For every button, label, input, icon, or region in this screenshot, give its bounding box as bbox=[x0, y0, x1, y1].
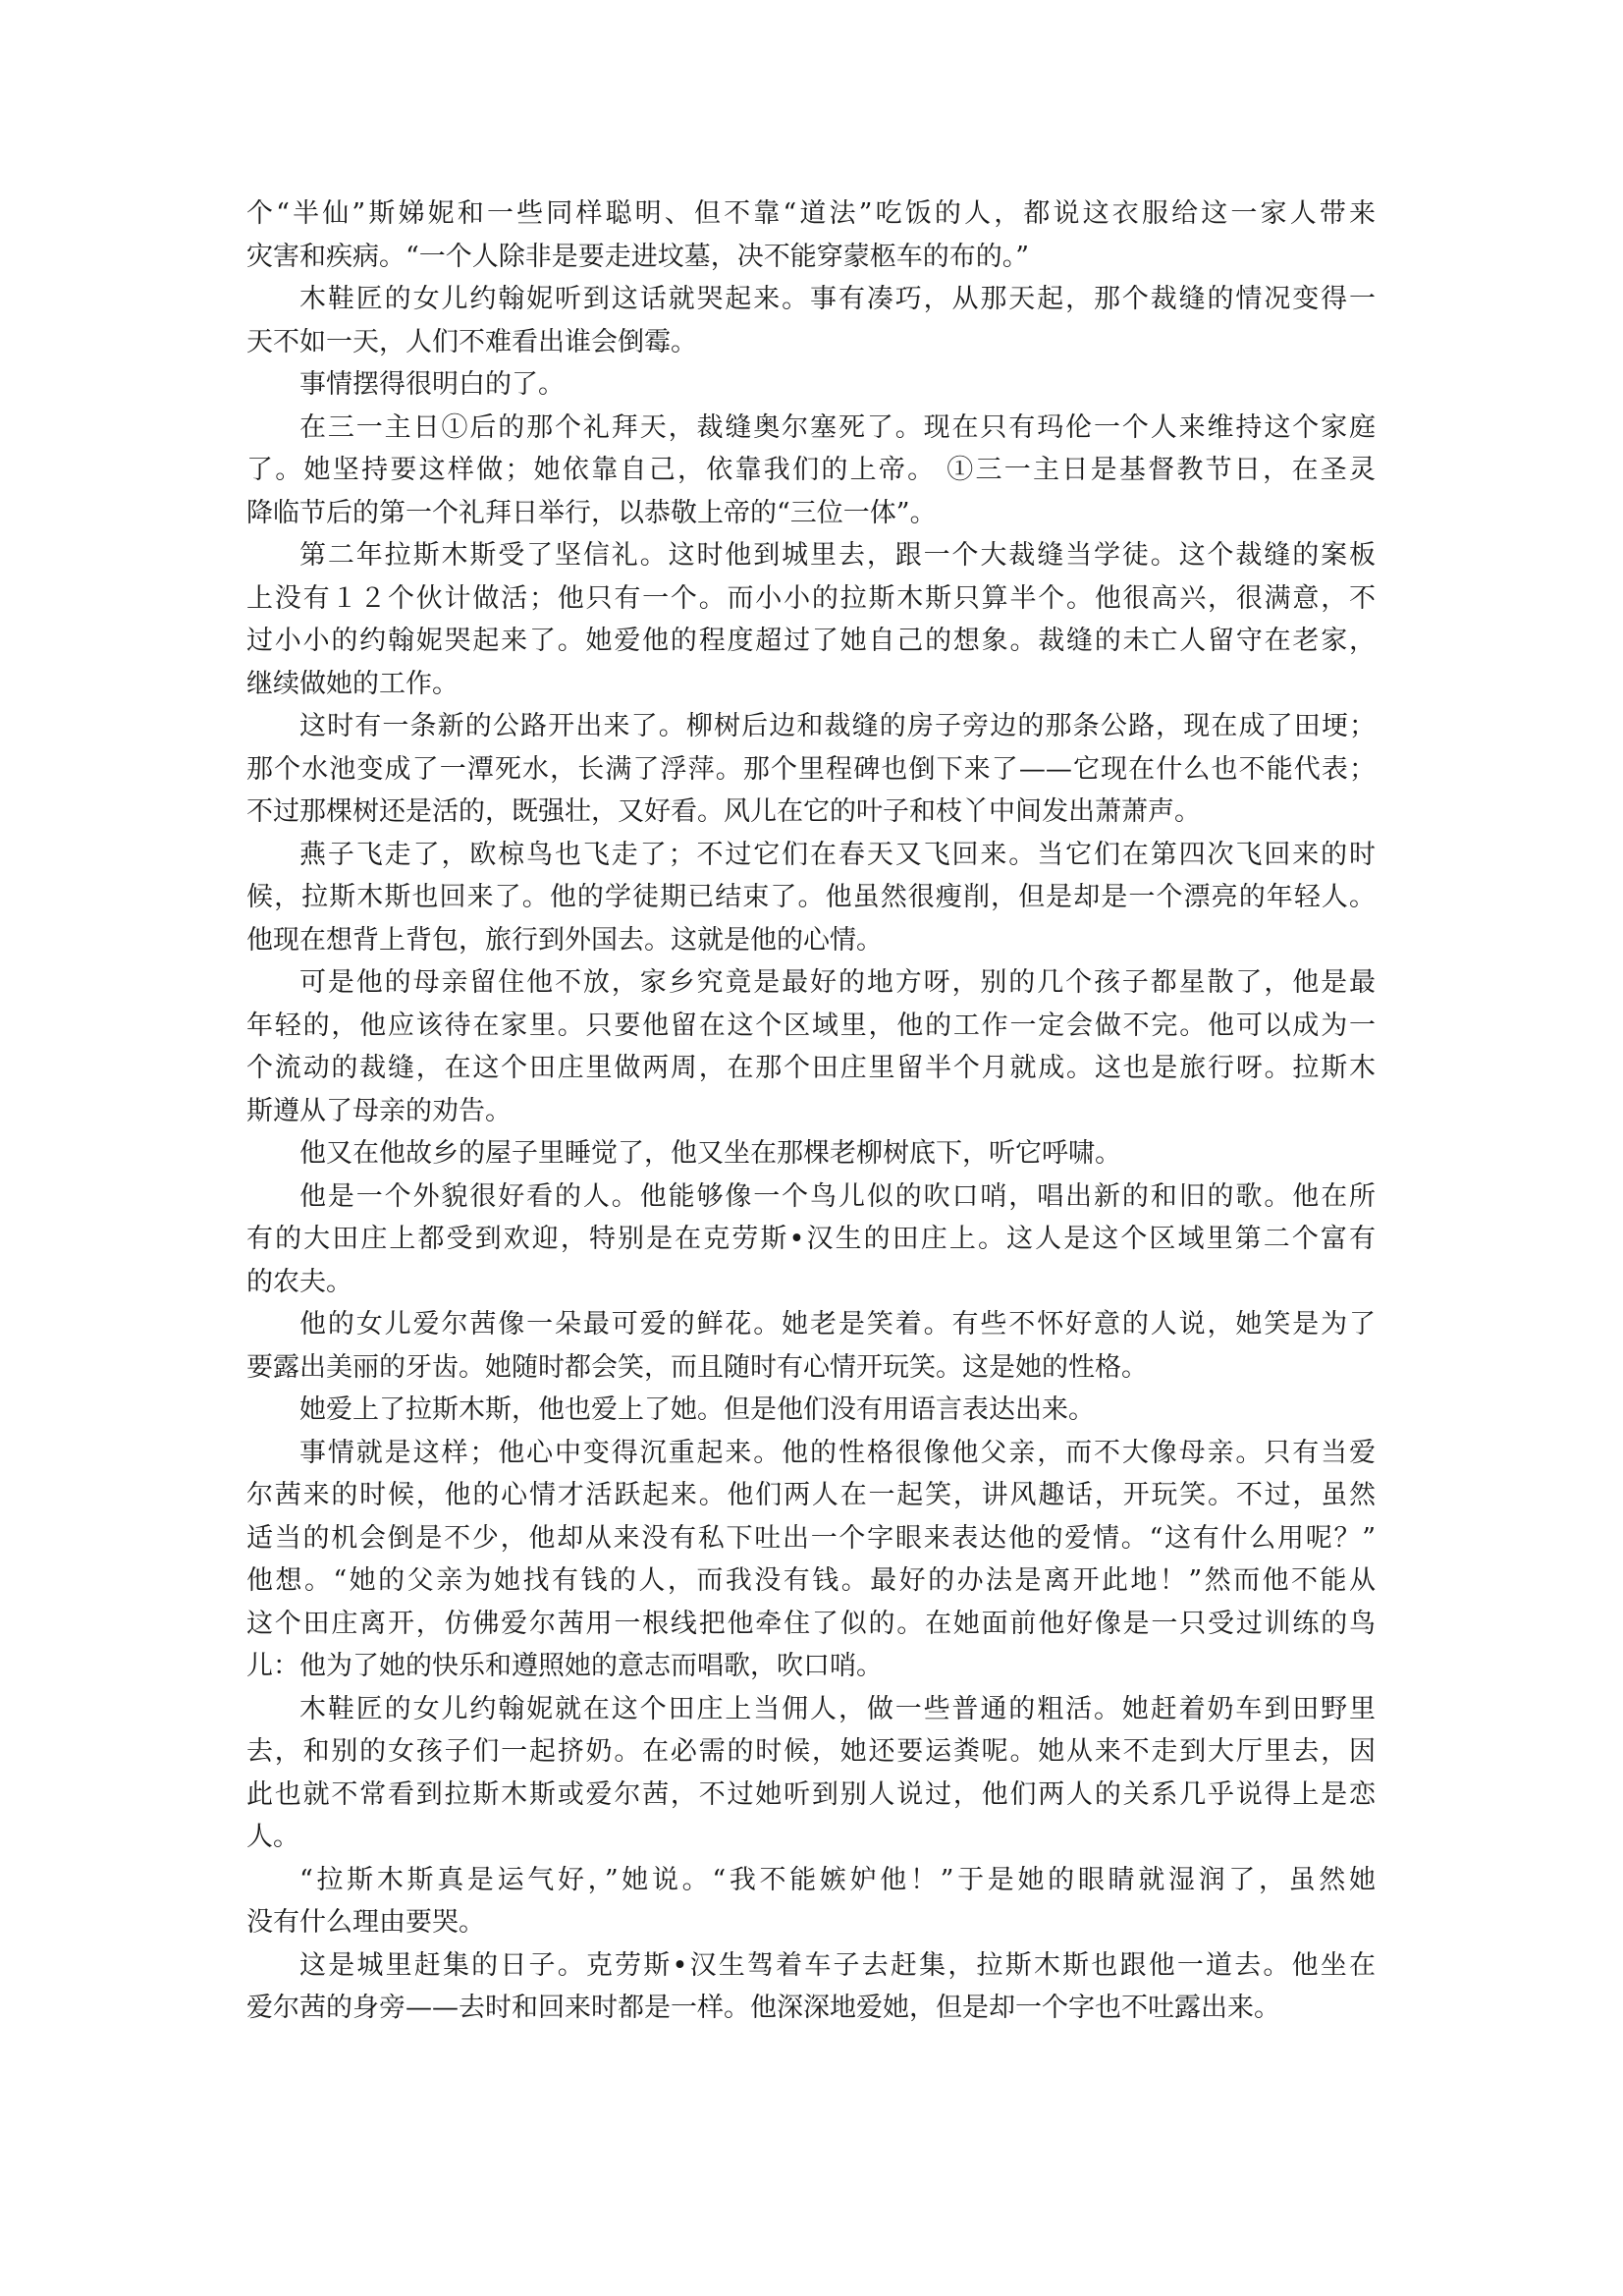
text-line: 他想。“她的父亲为她找有钱的人，而我没有钱。最好的办法是离开此地！”然而他不能从 bbox=[246, 1559, 1376, 1603]
paragraph-first-line: 他的女儿爱尔茜像一朵最可爱的鲜花。她老是笑着。有些不怀好意的人说，她笑是为了 bbox=[246, 1303, 1376, 1346]
text-line: 他现在想背上背包，旅行到外国去。这就是他的心情。 bbox=[246, 919, 1376, 962]
text-line: 儿：他为了她的快乐和遵照她的意志而唱歌，吹口哨。 bbox=[246, 1645, 1376, 1688]
text-line: 人。 bbox=[246, 1816, 1376, 1859]
text-line: 灾害和疾病。“一个人除非是要走进坟墓，决不能穿蒙柩车的布的。” bbox=[246, 236, 1376, 279]
paragraph-first-line: 他是一个外貌很好看的人。他能够像一个鸟儿似的吹口哨，唱出新的和旧的歌。他在所 bbox=[246, 1175, 1376, 1219]
text-line: 降临节后的第一个礼拜日举行，以恭敬上帝的“三位一体”。 bbox=[246, 492, 1376, 535]
text-line: 没有什么理由要哭。 bbox=[246, 1901, 1376, 1944]
paragraph-first-line: 木鞋匠的女儿约翰妮就在这个田庄上当佣人，做一些普通的粗活。她赶着奶车到田野里 bbox=[246, 1688, 1376, 1731]
text-line: 不过那棵树还是活的，既强壮，又好看。风儿在它的叶子和枝丫中间发出萧萧声。 bbox=[246, 791, 1376, 834]
text-line: 的农夫。 bbox=[246, 1261, 1376, 1304]
text-line: 去，和别的女孩子们一起挤奶。在必需的时候，她还要运粪呢。她从来不走到大厅里去，因 bbox=[246, 1730, 1376, 1774]
text-line: 有的大田庄上都受到欢迎，特别是在克劳斯•汉生的田庄上。这人是这个区域里第二个富有 bbox=[246, 1218, 1376, 1261]
paragraph-first-line: 可是他的母亲留住他不放，家乡究竟是最好的地方呀，别的几个孩子都星散了，他是最 bbox=[246, 961, 1376, 1005]
paragraph-first-line: 这是城里赶集的日子。克劳斯•汉生驾着车子去赶集，拉斯木斯也跟他一道去。他坐在 bbox=[246, 1944, 1376, 1988]
text-line: 此也就不常看到拉斯木斯或爱尔茜，不过她听到别人说过，他们两人的关系几乎说得上是恋 bbox=[246, 1774, 1376, 1817]
text-line: 尔茜来的时候，他的心情才活跃起来。他们两人在一起笑，讲风趣话，开玩笑。不过，虽然 bbox=[246, 1474, 1376, 1517]
paragraph-first-line: 他又在他故乡的屋子里睡觉了，他又坐在那棵老柳树底下，听它呼啸。 bbox=[246, 1132, 1376, 1175]
text-line: 这个田庄离开，仿佛爱尔茜用一根线把他牵住了似的。在她面前他好像是一只受过训练的鸟 bbox=[246, 1603, 1376, 1646]
paragraph-first-line: 第二年拉斯木斯受了坚信礼。这时他到城里去，跟一个大裁缝当学徒。这个裁缝的案板 bbox=[246, 534, 1376, 577]
paragraph-first-line: 事情就是这样；他心中变得沉重起来。他的性格很像他父亲，而不大像母亲。只有当爱 bbox=[246, 1432, 1376, 1475]
paragraph-first-line: 在三一主日①后的那个礼拜天，裁缝奥尔塞死了。现在只有玛伦一个人来维持这个家庭 bbox=[246, 407, 1376, 450]
text-line: 继续做她的工作。 bbox=[246, 663, 1376, 706]
paragraph-first-line: 事情摆得很明白的了。 bbox=[246, 363, 1376, 407]
text-line: 天不如一天，人们不难看出谁会倒霉。 bbox=[246, 321, 1376, 364]
paragraph-first-line: 燕子飞走了，欧椋鸟也飞走了；不过它们在春天又飞回来。当它们在第四次飞回来的时 bbox=[246, 834, 1376, 877]
text-line: 斯遵从了母亲的劝告。 bbox=[246, 1090, 1376, 1133]
text-line: 过小小的约翰妮哭起来了。她爱他的程度超过了她自己的想象。裁缝的未亡人留守在老家， bbox=[246, 620, 1376, 663]
text-line: 适当的机会倒是不少，他却从来没有私下吐出一个字眼来表达他的爱情。“这有什么用呢？… bbox=[246, 1517, 1376, 1560]
text-line: 那个水池变成了一潭死水，长满了浮萍。那个里程碑也倒下来了——它现在什么也不能代表… bbox=[246, 748, 1376, 792]
paragraph-first-line: 她爱上了拉斯木斯，他也爱上了她。但是他们没有用语言表达出来。 bbox=[246, 1389, 1376, 1432]
document-page: 个“半仙”斯娣妮和一些同样聪明、但不靠“道法”吃饭的人，都说这衣服给这一家人带来… bbox=[0, 0, 1623, 2296]
text-line: 了。她坚持要这样做；她依靠自己，依靠我们的上帝。 ①三一主日是基督教节日，在圣灵 bbox=[246, 449, 1376, 492]
text-line: 要露出美丽的牙齿。她随时都会笑，而且随时有心情开玩笑。这是她的性格。 bbox=[246, 1346, 1376, 1390]
paragraph-first-line: “拉斯木斯真是运气好，”她说。“我不能嫉妒他！”于是她的眼睛就湿润了，虽然她 bbox=[246, 1859, 1376, 1902]
paragraph-first-line: 这时有一条新的公路开出来了。柳树后边和裁缝的房子旁边的那条公路，现在成了田埂； bbox=[246, 705, 1376, 748]
body-text: 个“半仙”斯娣妮和一些同样聪明、但不靠“道法”吃饭的人，都说这衣服给这一家人带来… bbox=[246, 192, 1376, 2030]
text-line: 候，拉斯木斯也回来了。他的学徒期已结束了。他虽然很瘦削，但是却是一个漂亮的年轻人… bbox=[246, 876, 1376, 919]
text-line: 上没有１２个伙计做活；他只有一个。而小小的拉斯木斯只算半个。他很高兴，很满意，不 bbox=[246, 577, 1376, 621]
text-line: 个流动的裁缝，在这个田庄里做两周，在那个田庄里留半个月就成。这也是旅行呀。拉斯木 bbox=[246, 1047, 1376, 1090]
text-line: 个“半仙”斯娣妮和一些同样聪明、但不靠“道法”吃饭的人，都说这衣服给这一家人带来 bbox=[246, 192, 1376, 236]
text-line: 爱尔茜的身旁——去时和回来时都是一样。他深深地爱她，但是却一个字也不吐露出来。 bbox=[246, 1987, 1376, 2030]
text-line: 年轻的，他应该待在家里。只要他留在这个区域里，他的工作一定会做不完。他可以成为一 bbox=[246, 1005, 1376, 1048]
paragraph-first-line: 木鞋匠的女儿约翰妮听到这话就哭起来。事有凑巧，从那天起，那个裁缝的情况变得一 bbox=[246, 278, 1376, 321]
